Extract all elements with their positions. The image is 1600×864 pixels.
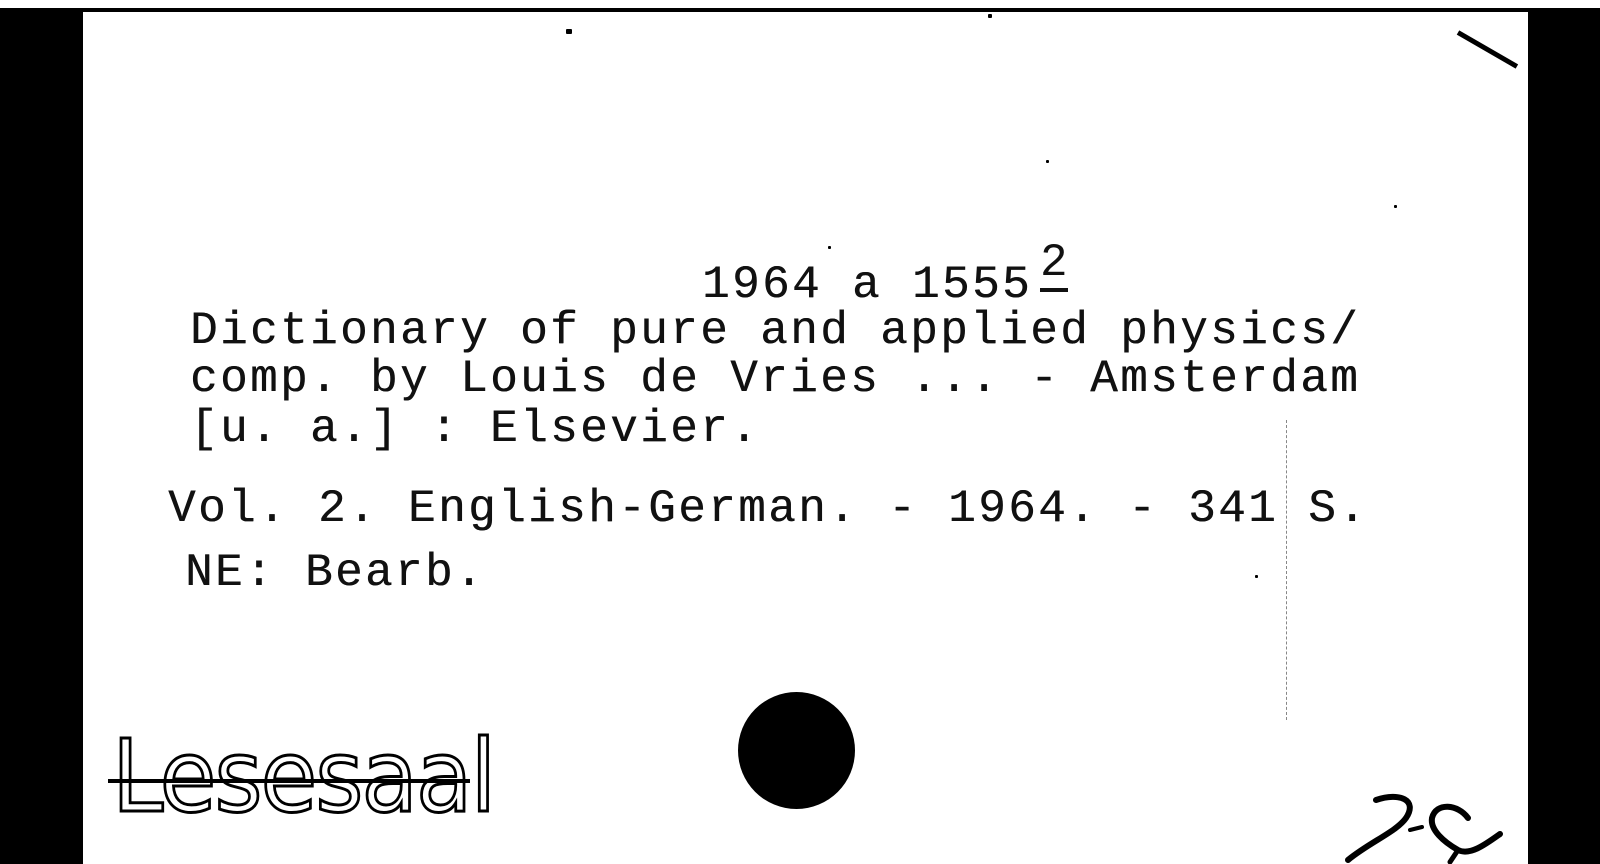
scan-border-left: [0, 12, 83, 864]
call-number-suffix: 2: [1040, 240, 1068, 292]
scan-speck: [1394, 205, 1397, 208]
scanned-catalog-card: 1964 a 1555 2 Dictionary of pure and app…: [0, 0, 1600, 864]
handwritten-mark-icon: [1340, 770, 1520, 864]
scan-speck: [566, 29, 572, 34]
scan-speck: [828, 246, 831, 249]
title-line: Dictionary of pure and applied physics/: [190, 308, 1360, 354]
stamp-text: Lesesaal: [112, 722, 494, 832]
scan-border-right: [1528, 12, 1600, 864]
volume-line: Vol. 2. English-German. - 1964. - 341 S.: [168, 486, 1368, 532]
scan-speck: [1046, 160, 1049, 163]
dashed-guide-line: [1286, 420, 1287, 720]
punch-hole: [738, 692, 855, 809]
lesesaal-stamp: Lesesaal: [108, 722, 478, 832]
note-line: NE: Bearb.: [185, 550, 485, 596]
publisher-line: [u. a.] : Elsevier.: [190, 406, 760, 452]
stamp-strikethrough: [108, 779, 470, 783]
call-number: 1964 a 1555: [702, 262, 1032, 308]
scan-speck: [988, 14, 992, 18]
author-line: comp. by Louis de Vries ... - Amsterdam: [190, 356, 1360, 402]
scan-speck: [1255, 575, 1258, 578]
